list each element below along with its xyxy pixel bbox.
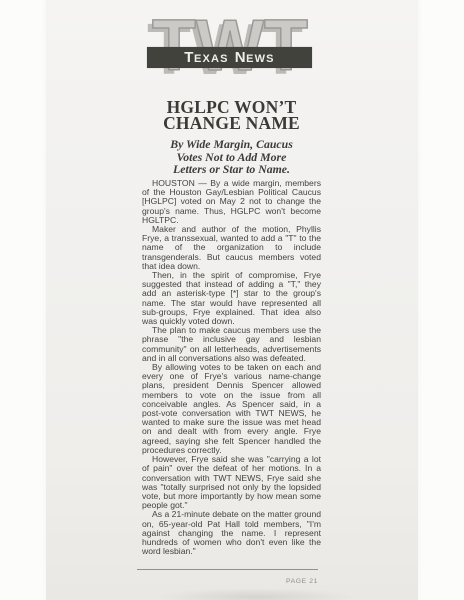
banner-title-n-initial: N: [235, 49, 246, 66]
paragraph: Maker and author of the motion, Phyllis …: [142, 225, 321, 271]
article-headline: HGLPC WON’T CHANGE NAME: [142, 99, 321, 131]
newsprint-page: TWT TWT TEXASNEWS HGLPC WON’T CHANGE NAM…: [46, 0, 418, 600]
headline-line-2: CHANGE NAME: [142, 115, 321, 131]
paragraph: As a 21-minute debate on the matter grou…: [142, 510, 321, 556]
banner-title: TEXASNEWS: [184, 49, 274, 66]
page-footer: PAGE 21: [137, 569, 318, 588]
paragraph: The plan to make caucus members use the …: [142, 326, 321, 363]
subtitle-line-3: Letters or Star to Name.: [142, 163, 321, 176]
banner-title-t-rest: EXAS: [194, 53, 229, 65]
paragraph: By allowing votes to be taken on each an…: [142, 363, 321, 455]
subtitle-line-1: By Wide Margin, Caucus: [142, 138, 321, 151]
page-number-label: PAGE 21: [286, 578, 318, 585]
scanned-newspaper-clipping: TWT TWT TEXASNEWS HGLPC WON’T CHANGE NAM…: [0, 0, 464, 600]
paragraph: However, Frye said she was "carrying a l…: [142, 455, 321, 510]
article-subtitle: By Wide Margin, Caucus Votes Not to Add …: [142, 138, 321, 176]
banner-title-t-initial: T: [184, 49, 194, 66]
article-body: HOUSTON — By a wide margin, members of t…: [142, 179, 321, 556]
paragraph: HOUSTON — By a wide margin, members of t…: [142, 179, 321, 225]
texas-news-banner: TEXASNEWS: [147, 47, 312, 68]
masthead: TWT TWT TEXASNEWS: [46, 0, 418, 95]
banner-title-n-rest: EWS: [246, 53, 275, 65]
scan-smudge: [156, 588, 356, 600]
paragraph: Then, in the spirit of compromise, Frye …: [142, 271, 321, 326]
